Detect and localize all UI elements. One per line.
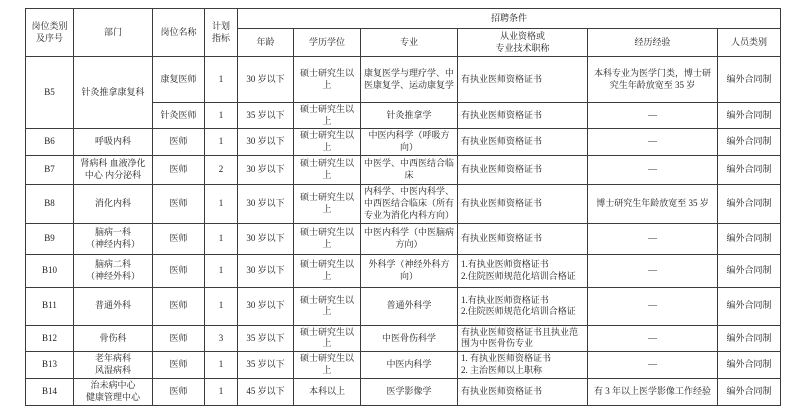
cell-post: 医师 [153,184,205,223]
header-personnel-type: 人员类别 [718,29,781,57]
cell-type: 编外合同制 [718,352,781,379]
cell-edu: 硕士研究生以上 [294,155,361,184]
cell-major: 中医学、中西医结合临床 [361,155,458,184]
cell-age: 30 岁以下 [238,57,294,103]
cell-exp: — [588,352,718,379]
cell-age: 30 岁以下 [238,155,294,184]
cell-qual: 有执业医师资格证书 [458,103,588,129]
cell-exp: 有 3 年以上医学影像工作经验 [588,379,718,405]
cell-edu: 硕士研究生以上 [294,57,361,103]
cell-edu: 本科以上 [294,379,361,405]
cell-qual: 有执业医师资格证书且执业范围为中医骨伤专业 [458,325,588,351]
cell-quota: 2 [205,155,238,184]
cell-post: 医师 [153,155,205,184]
cell-id: B5 [26,57,74,129]
table-row: B8 消化内科 医师 1 30 岁以下 硕士研究生以上 内科学、中医内科学、中西… [26,184,781,223]
cell-post: 医师 [153,287,205,325]
cell-quota: 3 [205,325,238,351]
cell-quota: 1 [205,379,238,405]
cell-edu: 硕士研究生以上 [294,129,361,155]
cell-id: B11 [26,287,74,325]
cell-dept: 针灸推拿康复科 [74,57,153,129]
cell-qual: 有执业医师资格证书 [458,223,588,254]
cell-id: B10 [26,254,74,287]
header-qualification: 从业资格或 专业技术职称 [458,29,588,57]
cell-major: 内科学、中医内科学、中西医结合临床（所有专业为消化内科方向） [361,184,458,223]
cell-post: 康复医师 [153,57,205,103]
cell-edu: 硕士研究生以上 [294,325,361,351]
header-quota: 计划 指标 [205,9,238,57]
cell-age: 30 岁以下 [238,184,294,223]
cell-exp: — [588,254,718,287]
cell-exp: 本科专业为医学门类，博士研究生年龄放宽至 35 岁 [588,57,718,103]
cell-major: 中医内科学（中医脑病方向） [361,223,458,254]
cell-exp: — [588,103,718,129]
cell-age: 45 岁以下 [238,379,294,405]
cell-edu: 硕士研究生以上 [294,103,361,129]
cell-major: 外科学（神经外科方向） [361,254,458,287]
cell-qual: 1.有执业医师资格证书 2.住院医师规范化培训合格证 [458,287,588,325]
cell-dept: 骨伤科 [74,325,153,351]
cell-exp: — [588,129,718,155]
cell-type: 编外合同制 [718,155,781,184]
cell-age: 30 岁以下 [238,129,294,155]
cell-edu: 硕士研究生以上 [294,254,361,287]
cell-age: 35 岁以下 [238,103,294,129]
header-department: 部门 [74,9,153,57]
cell-type: 编外合同制 [718,379,781,405]
cell-dept: 老年病科 风湿病科 [74,352,153,379]
cell-edu: 硕士研究生以上 [294,184,361,223]
cell-dept: 肾病科 血液净化中心 内分泌科 [74,155,153,184]
cell-type: 编外合同制 [718,223,781,254]
cell-exp: — [588,223,718,254]
cell-qual: 1.有执业医师资格证书 2.住院医师规范化培训合格证 [458,254,588,287]
header-recruit-conditions: 招聘条件 [238,9,781,29]
cell-dept: 脑病二科 （神经外科） [74,254,153,287]
cell-major: 普通外科学 [361,287,458,325]
cell-quota: 1 [205,184,238,223]
cell-dept: 普通外科 [74,287,153,325]
table-row: B10 脑病二科 （神经外科） 医师 1 30 岁以下 硕士研究生以上 外科学（… [26,254,781,287]
cell-age: 30 岁以下 [238,223,294,254]
header-age: 年龄 [238,29,294,57]
cell-major: 针灸推拿学 [361,103,458,129]
cell-type: 编外合同制 [718,287,781,325]
cell-qual: 有执业医师资格证书 [458,57,588,103]
cell-major: 医学影像学 [361,379,458,405]
cell-major: 中医骨伤科学 [361,325,458,351]
table-row: B11 普通外科 医师 1 30 岁以下 硕士研究生以上 普通外科学 1.有执业… [26,287,781,325]
cell-id: B13 [26,352,74,379]
cell-dept: 呼吸内科 [74,129,153,155]
table-row: B12 骨伤科 医师 3 35 岁以下 硕士研究生以上 中医骨伤科学 有执业医师… [26,325,781,351]
cell-quota: 1 [205,254,238,287]
cell-exp: — [588,287,718,325]
header-category: 岗位类别 及序号 [26,9,74,57]
cell-exp: — [588,325,718,351]
cell-qual: 有执业医师资格证书 [458,184,588,223]
cell-type: 编外合同制 [718,184,781,223]
header-post-name: 岗位名称 [153,9,205,57]
cell-id: B6 [26,129,74,155]
recruitment-notice-page: 岗位类别 及序号 部门 岗位名称 计划 指标 招聘条件 年龄 学历学位 专业 从… [0,0,800,409]
table-row: B9 脑病一科 （神经内科） 医师 1 30 岁以下 硕士研究生以上 中医内科学… [26,223,781,254]
cell-post: 医师 [153,254,205,287]
table-row: B13 老年病科 风湿病科 医师 1 35 岁以下 硕士研究生以上 中医内科学 … [26,352,781,379]
cell-dept: 治未病中心 健康管理中心 [74,379,153,405]
cell-type: 编外合同制 [718,129,781,155]
cell-type: 编外合同制 [718,254,781,287]
cell-edu: 硕士研究生以上 [294,223,361,254]
recruitment-table: 岗位类别 及序号 部门 岗位名称 计划 指标 招聘条件 年龄 学历学位 专业 从… [25,8,781,406]
cell-quota: 1 [205,352,238,379]
cell-quota: 1 [205,287,238,325]
cell-id: B14 [26,379,74,405]
table-row: B5 针灸推拿康复科 康复医师 1 30 岁以下 硕士研究生以上 康复医学与理疗… [26,57,781,103]
cell-quota: 1 [205,57,238,103]
cell-edu: 硕士研究生以上 [294,352,361,379]
cell-quota: 1 [205,103,238,129]
table-row: B7 肾病科 血液净化中心 内分泌科 医师 2 30 岁以下 硕士研究生以上 中… [26,155,781,184]
cell-id: B8 [26,184,74,223]
cell-post: 医师 [153,325,205,351]
cell-id: B9 [26,223,74,254]
cell-edu: 硕士研究生以上 [294,287,361,325]
cell-qual: 有执业医师资格证书 [458,155,588,184]
cell-post: 医师 [153,352,205,379]
cell-quota: 1 [205,223,238,254]
cell-post: 针灸医师 [153,103,205,129]
header-experience: 经历经验 [588,29,718,57]
cell-dept: 消化内科 [74,184,153,223]
cell-exp: — [588,155,718,184]
cell-major: 康复医学与理疗学、中医康复学、运动康复学 [361,57,458,103]
cell-id: B7 [26,155,74,184]
table-row: B6 呼吸内科 医师 1 30 岁以下 硕士研究生以上 中医内科学（呼吸方向） … [26,129,781,155]
cell-qual: 有执业医师资格证书 [458,129,588,155]
cell-type: 编外合同制 [718,103,781,129]
cell-age: 35 岁以下 [238,325,294,351]
cell-major: 中医内科学 [361,352,458,379]
cell-exp: 博士研究生年龄放宽至 35 岁 [588,184,718,223]
cell-post: 医师 [153,379,205,405]
cell-qual: 有执业医师资格证书 [458,379,588,405]
cell-post: 医师 [153,129,205,155]
header-education: 学历学位 [294,29,361,57]
cell-type: 编外合同制 [718,57,781,103]
cell-type: 编外合同制 [718,325,781,351]
cell-id: B12 [26,325,74,351]
cell-qual: 1. 有执业医师资格证书 2. 主治医师以上职称 [458,352,588,379]
table-row: B14 治未病中心 健康管理中心 医师 1 45 岁以下 本科以上 医学影像学 … [26,379,781,405]
cell-age: 30 岁以下 [238,287,294,325]
cell-age: 35 岁以下 [238,352,294,379]
cell-major: 中医内科学（呼吸方向） [361,129,458,155]
cell-post: 医师 [153,223,205,254]
cell-dept: 脑病一科 （神经内科） [74,223,153,254]
cell-age: 30 岁以下 [238,254,294,287]
cell-quota: 1 [205,129,238,155]
header-major: 专业 [361,29,458,57]
